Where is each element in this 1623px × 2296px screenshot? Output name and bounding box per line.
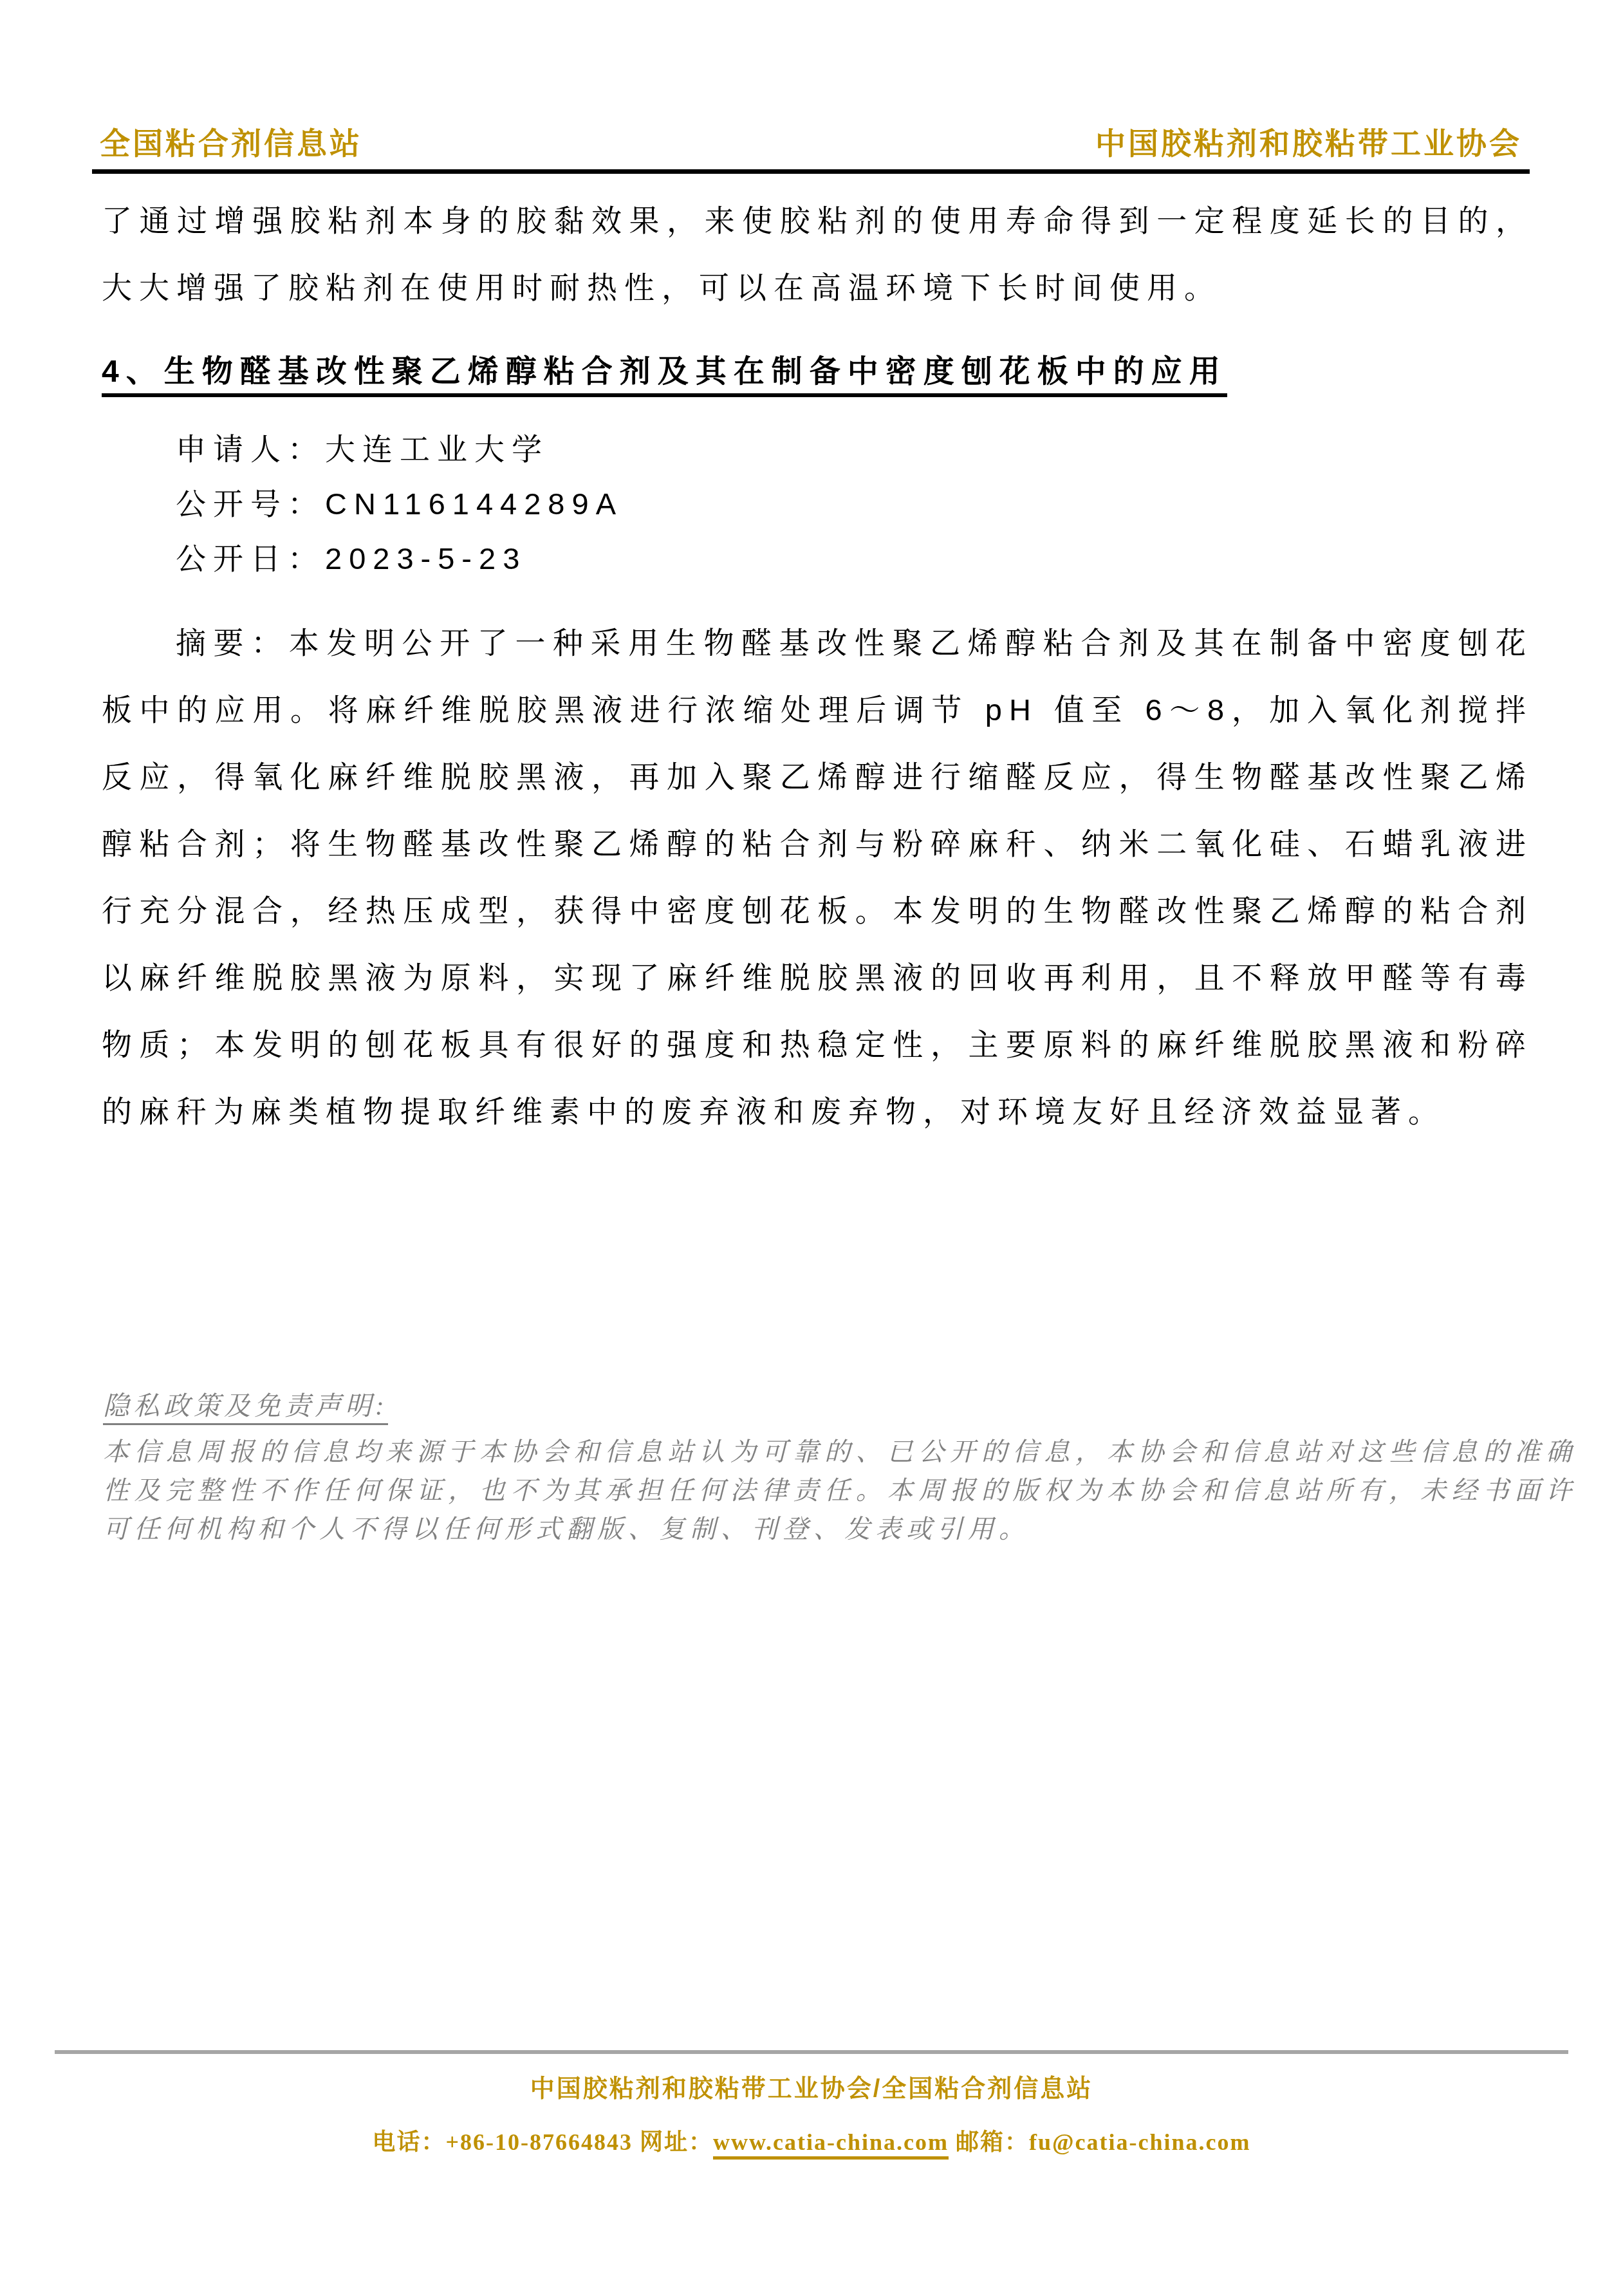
header-left-title: 全国粘合剂信息站 xyxy=(100,120,362,163)
footer-organization: 中国胶粘剂和胶粘带工业协会/全国粘合剂信息站 xyxy=(55,2068,1568,2104)
phone-value: +86-10-87664843 xyxy=(446,2129,640,2155)
publication-date-value: 2023-5-23 xyxy=(325,541,526,575)
section-heading-underline: 4、生物醛基改性聚乙烯醇粘合剂及其在制备中密度刨花板中的应用 xyxy=(102,355,1227,397)
patent-meta-block: 申请人：大连工业大学 公开号：CN116144289A 公开日：2023-5-2… xyxy=(102,422,1533,586)
page-footer: 中国胶粘剂和胶粘带工业协会/全国粘合剂信息站 电话：+86-10-8766484… xyxy=(55,2050,1568,2157)
header-right-title: 中国胶粘剂和胶粘带工业协会 xyxy=(1095,120,1522,163)
website-link[interactable]: www.catia-china.com xyxy=(713,2129,949,2160)
abstract-text: 本发明公开了一种采用生物醛基改性聚乙烯醇粘合剂及其在制备中密度刨花板中的应用。将… xyxy=(102,626,1533,1128)
footer-divider xyxy=(55,2050,1568,2054)
applicant-label: 申请人： xyxy=(176,432,325,466)
page-header: 全国粘合剂信息站 中国胶粘剂和胶粘带工业协会 xyxy=(92,0,1530,174)
website-label: 网址： xyxy=(640,2129,713,2155)
applicant-row: 申请人：大连工业大学 xyxy=(102,422,1533,476)
intro-paragraph: 了通过增强胶粘剂本身的胶黏效果，来使胶粘剂的使用寿命得到一定程度延长的目的，大大… xyxy=(102,187,1533,321)
footer-contact-line: 电话：+86-10-87664843 网址：www.catia-china.co… xyxy=(55,2124,1568,2157)
publication-number-row: 公开号：CN116144289A xyxy=(102,476,1533,531)
abstract-paragraph: 摘要：本发明公开了一种采用生物醛基改性聚乙烯醇粘合剂及其在制备中密度刨花板中的应… xyxy=(102,610,1533,1145)
section-number: 4、 xyxy=(102,355,164,389)
section-heading: 4、生物醛基改性聚乙烯醇粘合剂及其在制备中密度刨花板中的应用 xyxy=(102,349,1533,395)
publication-date-label: 公开日： xyxy=(176,541,325,575)
section-title: 生物醛基改性聚乙烯醇粘合剂及其在制备中密度刨花板中的应用 xyxy=(164,355,1227,389)
disclaimer-title: 隐私政策及免责声明: xyxy=(103,1388,388,1424)
email-label: 邮箱： xyxy=(949,2129,1029,2155)
email-value: fu@catia-china.com xyxy=(1029,2129,1250,2155)
disclaimer-title-underline: 隐私政策及免责声明: xyxy=(103,1391,388,1425)
phone-label: 电话： xyxy=(373,2129,446,2155)
disclaimer-body: 本信息周报的信息均来源于本协会和信息站认为可靠的、已公开的信息，本协会和信息站对… xyxy=(103,1433,1577,1549)
publication-number-label: 公开号： xyxy=(176,487,325,521)
disclaimer-section: 隐私政策及免责声明: 本信息周报的信息均来源于本协会和信息站认为可靠的、已公开的… xyxy=(103,1388,1577,1549)
abstract-label: 摘要： xyxy=(176,626,289,660)
applicant-value: 大连工业大学 xyxy=(325,432,549,466)
publication-date-row: 公开日：2023-5-23 xyxy=(102,531,1533,586)
publication-number-value: CN116144289A xyxy=(325,487,623,521)
header-row: 全国粘合剂信息站 中国胶粘剂和胶粘带工业协会 xyxy=(92,120,1530,163)
document-page: 全国粘合剂信息站 中国胶粘剂和胶粘带工业协会 了通过增强胶粘剂本身的胶黏效果，来… xyxy=(0,0,1623,2296)
